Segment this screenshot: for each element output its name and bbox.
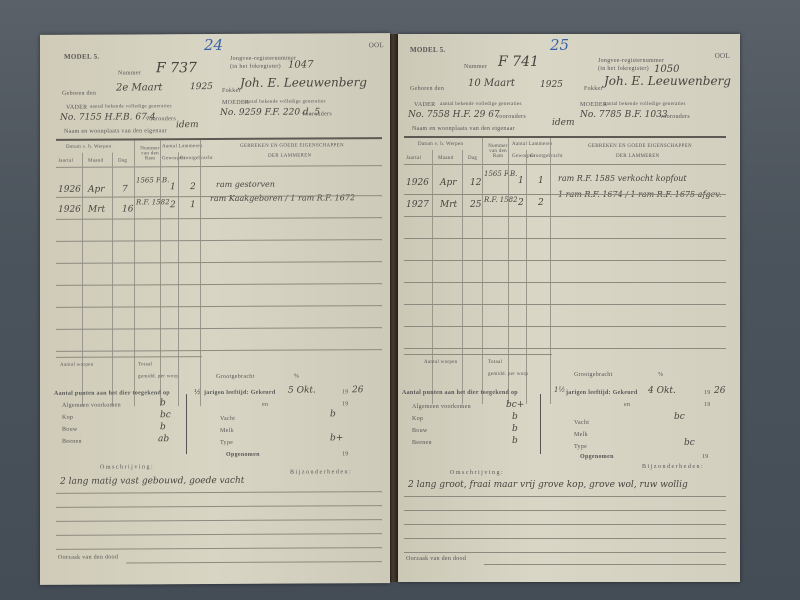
punten-label: Aantal punten aan het dier toegekend op [54, 390, 170, 397]
fokker-value: Joh. E. Leeuwenberg [240, 75, 367, 90]
moeder-generaties: aantal bekende volledige generaties [244, 99, 326, 104]
omschrijving-text: 2 lang matig vast gebouwd, goede vacht [60, 476, 244, 487]
omschrijving-label: Omschrijving: [450, 470, 504, 476]
eigenaar-value: idem [176, 120, 199, 130]
gekeurd-year: 26 [352, 385, 363, 395]
eigenaar-value: idem [552, 118, 575, 128]
col-ram: Nummer van den Ram [486, 144, 510, 159]
bijzonderheden-label: Bijzonderheden: [290, 469, 352, 475]
vader-number: No. 7558 H.F. 29 67 [408, 110, 500, 120]
grootgebracht-label: Grootgebracht [216, 374, 255, 380]
vader-generaties: aantal bekende volledige generaties [440, 102, 522, 107]
vader-generaties: aantal bekende volledige generaties [90, 104, 172, 109]
vader-label: VADER [66, 105, 87, 111]
grootgebracht-percent: % [294, 374, 299, 380]
register-sublabel: (in het fokregister) [230, 64, 281, 70]
geboren-label: Geboren den [62, 91, 96, 97]
vader-voorouders: voorouders [146, 116, 176, 122]
col-jaartal: Jaartal [406, 156, 421, 161]
divider [56, 137, 382, 141]
table-row: 1926 Mrt 16 R.F. 1582 2 1 ram Kaakgebore… [40, 33, 390, 35]
opgenomen-label: Opgenomen [226, 452, 260, 458]
col-grootgebracht: Grootgebracht [530, 154, 563, 159]
geboren-date: 2e Maart [116, 82, 162, 93]
vader-voorouders: voorouders [496, 114, 526, 120]
gekeurd-value: 5 Okt. [288, 385, 316, 395]
gemiddeld-label: gemidd. per worp [488, 372, 528, 377]
register-sublabel: (in het fokregister) [598, 66, 649, 72]
right-page: 25 OOL MODEL 5. Nummer F 741 Jongvee-reg… [398, 34, 740, 582]
vader-number: No. 7155 H.F.B. 67-4 [60, 112, 156, 123]
fokker-label: Fokker [222, 88, 241, 94]
col-group-lammeren: Aantal Lammeren [162, 144, 203, 149]
corner-code: OOL [369, 41, 384, 49]
divider [404, 136, 726, 138]
col-group-datum: Datum v. h. Werpen [66, 145, 111, 150]
opgenomen-label: Opgenomen [580, 454, 614, 460]
col-ram: Nummer van den Ram [138, 146, 162, 161]
nummer-value: F 741 [498, 54, 539, 70]
col-dag: Dag [118, 158, 127, 163]
omschrijving-label: Omschrijving: [100, 464, 154, 470]
col-grootgebracht: Grootgebracht [180, 156, 213, 161]
geboren-year: 1925 [190, 82, 213, 92]
fokker-label: Fokker [584, 86, 603, 92]
moeder-number: No. 7785 B.F. 1033 [580, 110, 668, 120]
page-number: 24 [204, 36, 223, 54]
gekeurd-year: 26 [714, 386, 725, 396]
score-list-left: Algemeen voorkomen b Kop bc Bouw b Beene… [40, 33, 390, 35]
col-jaartal: Jaartal [58, 159, 73, 164]
model-label: MODEL 5. [410, 46, 445, 54]
geboren-label: Geboren den [410, 86, 444, 92]
col-gebreken: GEBREKEN EN GOEDE EIGENSCHAPPEN [240, 143, 344, 149]
col-maand: Maand [88, 159, 103, 164]
left-page: 24 OOL MODEL 5. Nummer F 737 Jongvee-reg… [40, 33, 390, 585]
geboren-date: 10 Maart [468, 78, 515, 89]
moeder-generaties: aantal bekende volledige generaties [604, 102, 686, 107]
eigenaar-label: Naam en woonplaats van den eigenaar [64, 128, 167, 135]
totaal-label: Totaal [138, 362, 152, 367]
score-list-right: Vacht b Melk Type b+ [40, 33, 390, 35]
oorzaak-label: Oorzaak van den dood [406, 556, 466, 562]
gekeurd-value: 4 Okt. [648, 386, 676, 396]
register-number: 1047 [288, 59, 313, 70]
col-gebreken: GEBREKEN EN GOEDE EIGENSCHAPPEN [588, 144, 692, 149]
register-label: Jongvee-registernummer [230, 56, 296, 62]
moeder-voorouders: voorouders [302, 111, 332, 117]
punten-label: Aantal punten aan het dier toegekend op [402, 390, 518, 396]
col-gebreken-sub: DER LAMMEREN [616, 154, 659, 159]
jarige-label: jarigen leeftijd: Gekeurd [566, 390, 637, 396]
geboren-year: 1925 [540, 80, 563, 90]
oorzaak-label: Oorzaak van den dood [58, 555, 118, 561]
nummer-value: F 737 [156, 60, 197, 76]
table-row: 1926 Apr 7 1565 F.B. 1 2 ram gestorven [40, 33, 390, 35]
aantal-worpen-label: Aantal worpen [60, 363, 93, 368]
moeder-voorouders: voorouders [660, 114, 690, 120]
col-group-datum: Datum v. h. Werpen [418, 142, 463, 147]
corner-code: OOL [715, 52, 730, 60]
fokker-value: Joh. E. Leeuwenberg [604, 74, 731, 88]
model-label: MODEL 5. [64, 53, 99, 61]
omschrijving-text: 2 lang groot, fraai maar vrij grove kop,… [408, 480, 688, 490]
jarige-label: jarigen leeftijd: Gekeurd [204, 390, 275, 396]
vader-label: VADER [414, 102, 435, 108]
totaal-label: Totaal [488, 360, 502, 365]
nummer-label: Nummer [464, 64, 487, 70]
col-gebreken-sub: DER LAMMEREN [268, 153, 311, 158]
col-dag: Dag [468, 156, 477, 161]
col-maand: Maand [438, 156, 453, 161]
grootgebracht-percent: % [658, 372, 663, 378]
grootgebracht-label: Grootgebracht [574, 372, 613, 378]
eigenaar-label: Naam en woonplaats van den eigenaar [412, 126, 515, 132]
nummer-label: Nummer [118, 70, 141, 76]
gemiddeld-label: gemidd. per worp [138, 374, 178, 379]
bijzonderheden-label: Bijzonderheden: [642, 464, 704, 470]
col-group-lammeren: Aantal Lammeren [512, 142, 553, 147]
aantal-worpen-label: Aantal worpen [424, 360, 457, 365]
page-number: 25 [550, 36, 569, 54]
